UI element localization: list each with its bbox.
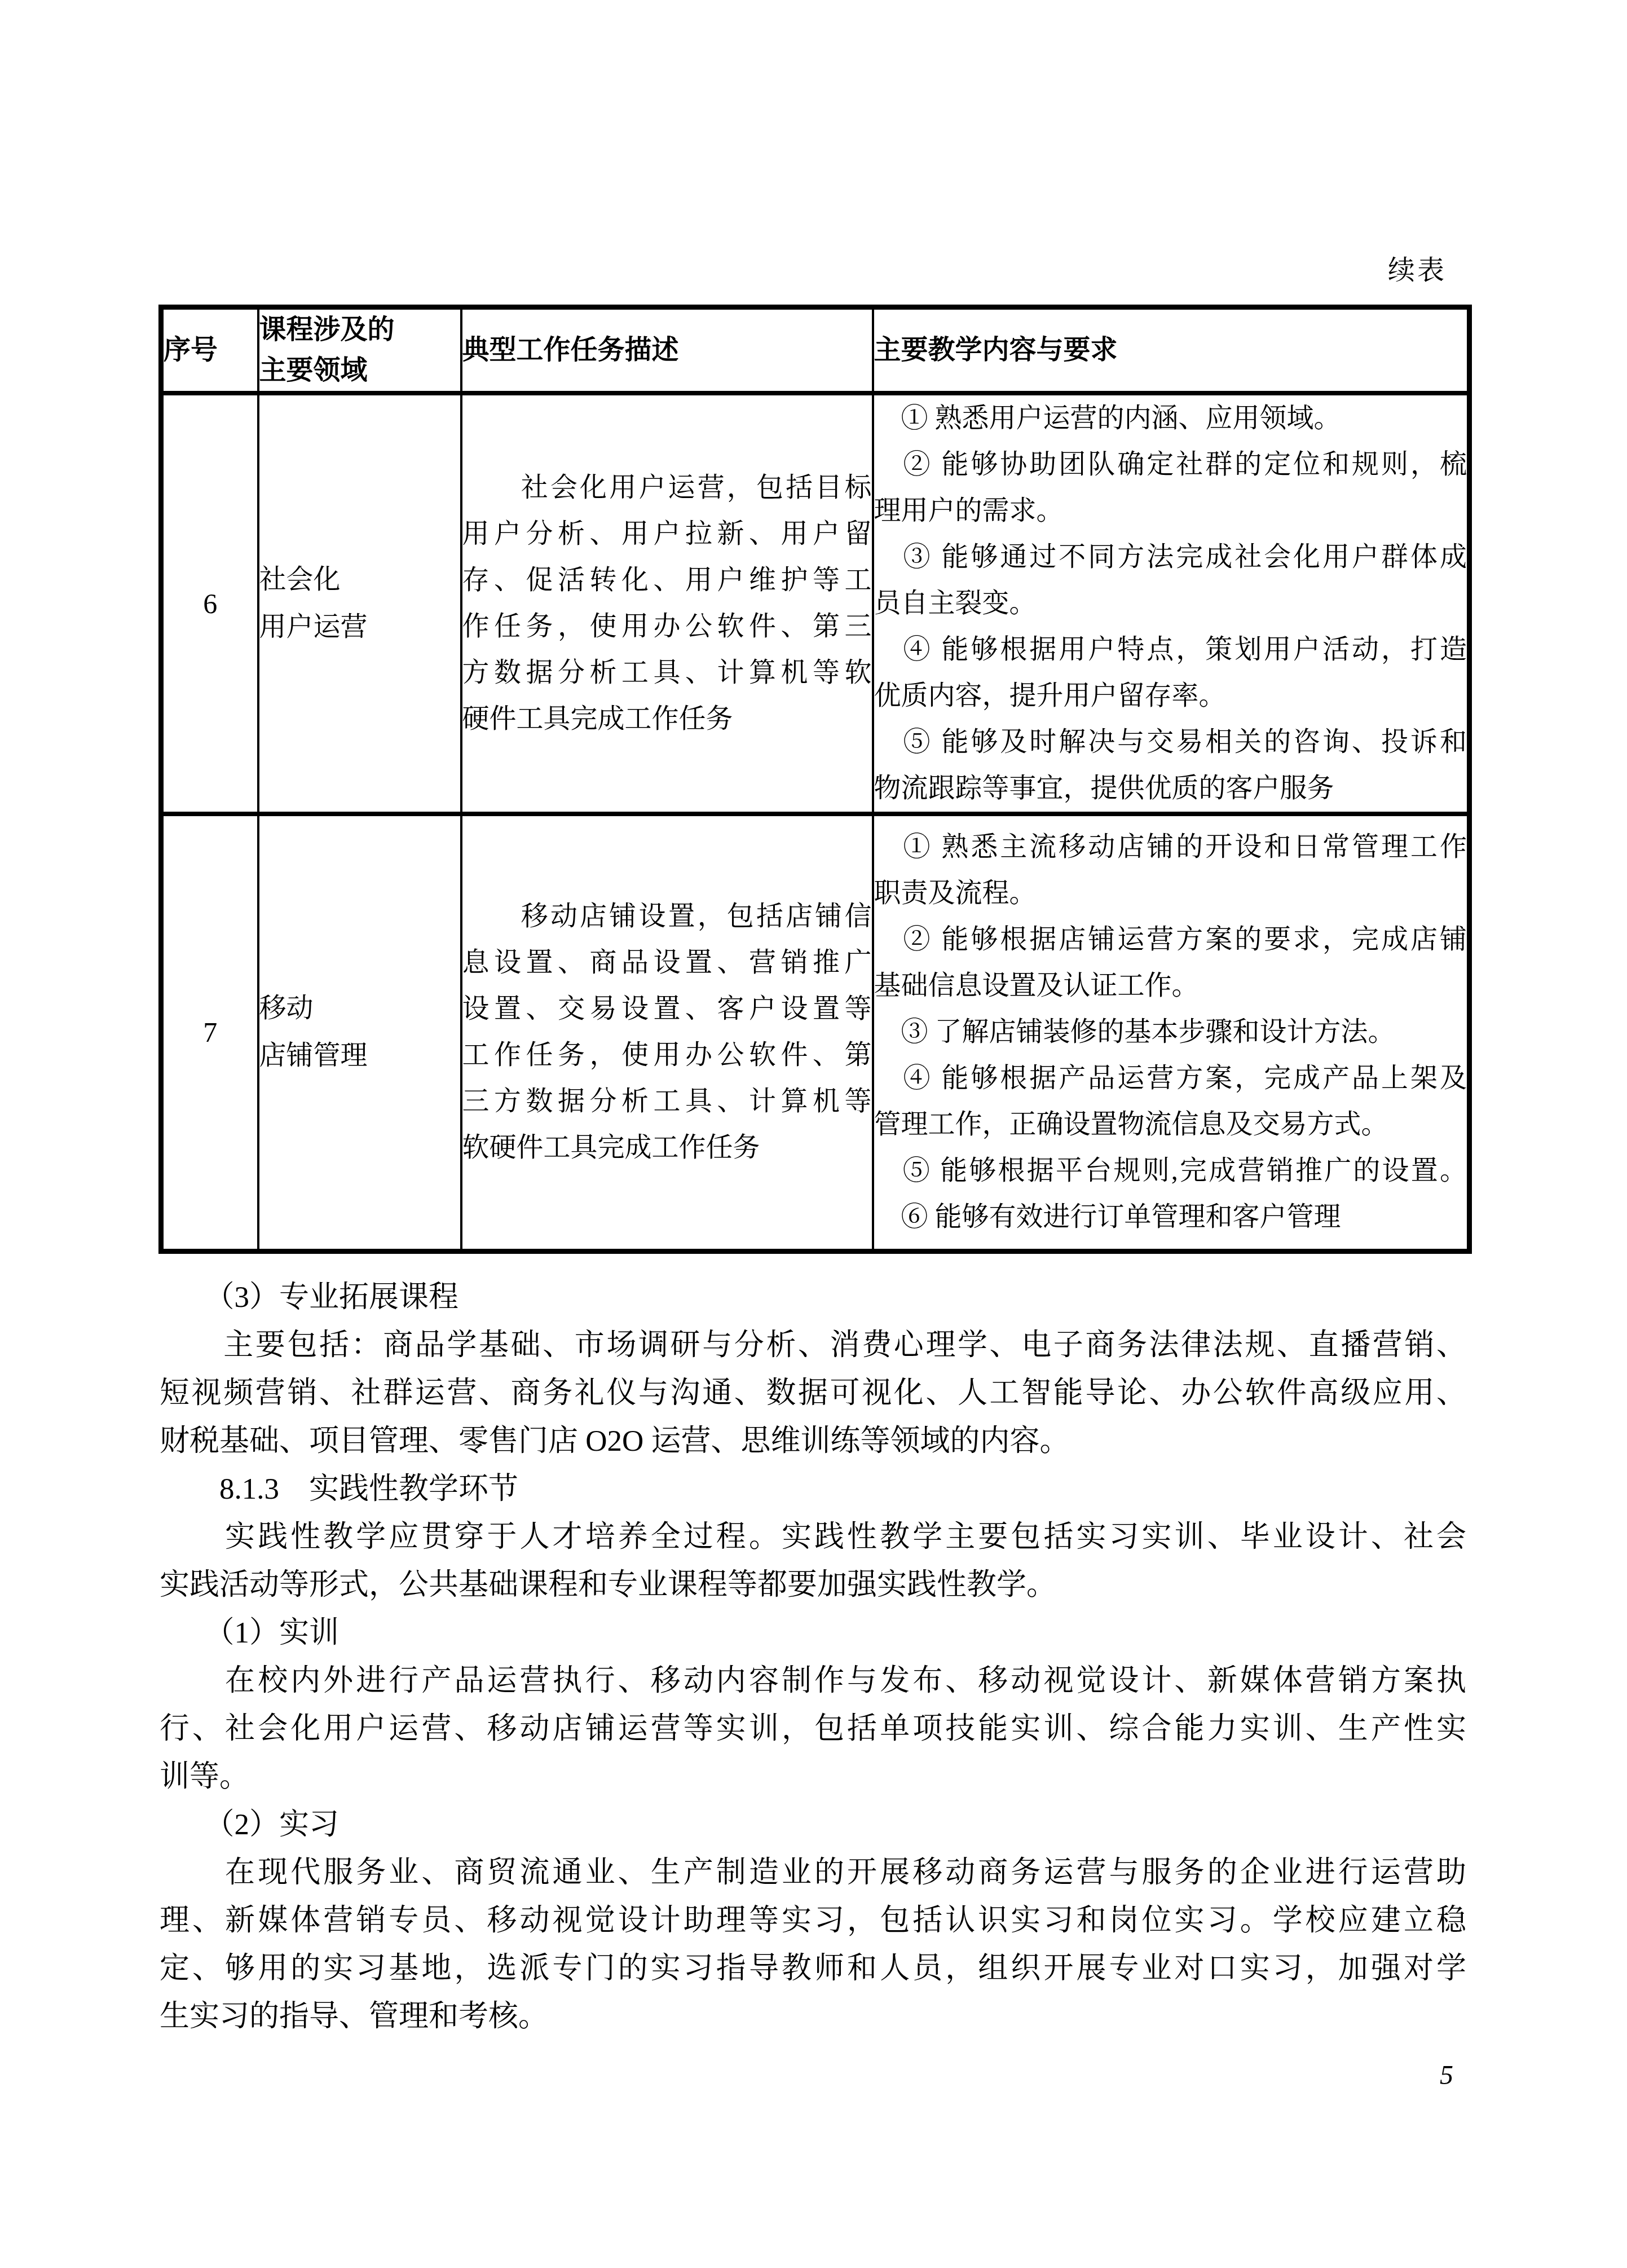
text-line: 作任务，使用办公软件、第三 [462, 604, 872, 650]
text-line: ① 熟悉主流移动店铺的开设和日常管理工作 [874, 824, 1467, 870]
text-line: 用户运营 [259, 604, 460, 651]
text-line: 用户分析、用户拉新、用户留 [462, 511, 872, 557]
text-line: ⑤ 能够及时解决与交易相关的咨询、投诉和 [874, 719, 1467, 765]
cell-task-description: 社会化用户运营，包括目标用户分析、用户拉新、用户留存、促活转化、用户维护等工作任… [461, 393, 873, 814]
header-cell-task: 典型工作任务描述 [461, 307, 873, 394]
text-line: 软硬件工具完成工作任务 [462, 1125, 872, 1171]
course-table: 序号 课程涉及的主要领域 典型工作任务描述 主要教学内容与要求 6 社会化用户运… [158, 305, 1472, 1254]
table-row-7: 7 移动店铺管理 移动店铺设置，包括店铺信息设置、商品设置、营销推广设置、交易设… [161, 814, 1470, 1251]
document-page: 续表 序号 课程涉及的主要领域 典型工作任务描述 主要教学内容与要求 6 社会化… [0, 0, 1627, 2268]
text-line: 序号 [164, 330, 257, 371]
text-line: ③ 能够通过不同方法完成社会化用户群体成 [874, 534, 1467, 580]
text-line: 实践性教学应贯穿于人才培养全过程。实践性教学主要包括实习实训、毕业设计、社会 [160, 1513, 1466, 1561]
text-line: 员自主裂变。 [874, 580, 1467, 627]
text-line: 财税基础、项目管理、零售门店 O2O 运营、思维训练等领域的内容。 [160, 1417, 1466, 1465]
text-line: （1）实训 [160, 1609, 1466, 1657]
text-line: 三方数据分析工具、计算机等 [462, 1078, 872, 1125]
text-line: 典型工作任务描述 [462, 330, 872, 371]
text-line: 生实习的指导、管理和考核。 [160, 1993, 1466, 2041]
text-line: 主要包括：商品学基础、市场调研与分析、消费心理学、电子商务法律法规、直播营销、 [160, 1322, 1466, 1369]
text-line: 移动店铺设置，包括店铺信 [462, 893, 872, 940]
cell-serial-number: 6 [161, 393, 258, 814]
text-line: ② 能够协助团队确定社群的定位和规则，梳 [874, 442, 1467, 488]
text-line: 职责及流程。 [874, 870, 1467, 917]
table-header-row: 序号 课程涉及的主要领域 典型工作任务描述 主要教学内容与要求 [161, 307, 1470, 394]
text-line: 主要教学内容与要求 [874, 330, 1467, 371]
text-line: 店铺管理 [259, 1032, 460, 1080]
page-number: 5 [1440, 2060, 1453, 2091]
text-line: 息设置、商品设置、营销推广 [462, 940, 872, 986]
text-line: ⑤ 能够根据平台规则,完成营销推广的设置。 [874, 1148, 1467, 1194]
text-line: ⑥ 能够有效进行订单管理和客户管理 [874, 1194, 1467, 1240]
cell-teaching-content: ① 熟悉用户运营的内涵、应用领域。 ② 能够协助团队确定社群的定位和规则，梳理用… [873, 393, 1470, 814]
text-line: 理、新媒体营销专员、移动视觉设计助理等实习，包括认识实习和岗位实习。学校应建立稳 [160, 1897, 1466, 1945]
text-line: 移动 [259, 985, 460, 1032]
text-line: 短视频营销、社群运营、商务礼仪与沟通、数据可视化、人工智能导论、办公软件高级应用… [160, 1369, 1466, 1417]
text-line: 管理工作，正确设置物流信息及交易方式。 [874, 1102, 1467, 1148]
text-line: ④ 能够根据产品运营方案，完成产品上架及 [874, 1055, 1467, 1102]
text-line: 物流跟踪等事宜，提供优质的客户服务 [874, 765, 1467, 812]
text-line: ① 熟悉用户运营的内涵、应用领域。 [874, 395, 1467, 442]
text-line: 课程涉及的 [259, 310, 460, 350]
cell-task-description: 移动店铺设置，包括店铺信息设置、商品设置、营销推广设置、交易设置、客户设置等工作… [461, 814, 873, 1251]
text-line: 设置、交易设置、客户设置等 [462, 986, 872, 1032]
body-text-block: （3）专业拓展课程 主要包括：商品学基础、市场调研与分析、消费心理学、电子商务法… [160, 1274, 1466, 2041]
text-line: 训等。 [160, 1753, 1466, 1801]
text-line: 在现代服务业、商贸流通业、生产制造业的开展移动商务运营与服务的企业进行运营助 [160, 1849, 1466, 1897]
text-line: 主要领域 [259, 350, 460, 391]
text-line: 硬件工具完成工作任务 [462, 696, 872, 742]
text-line: 实践活动等形式，公共基础课程和专业课程等都要加强实践性教学。 [160, 1561, 1466, 1609]
continued-table-label: 续表 [1388, 255, 1447, 287]
text-line: 在校内外进行产品运营执行、移动内容制作与发布、移动视觉设计、新媒体营销方案执 [160, 1657, 1466, 1705]
text-line: 8.1.3 实践性教学环节 [160, 1465, 1466, 1513]
table-row-6: 6 社会化用户运营 社会化用户运营，包括目标用户分析、用户拉新、用户留存、促活转… [161, 393, 1470, 814]
text-line: 方数据分析工具、计算机等软 [462, 650, 872, 696]
text-line: ④ 能够根据用户特点，策划用户活动，打造 [874, 627, 1467, 673]
text-line: 定、够用的实习基地，选派专门的实习指导教师和人员，组织开展专业对口实习，加强对学 [160, 1945, 1466, 1993]
cell-serial-number: 7 [161, 814, 258, 1251]
text-line: （3）专业拓展课程 [160, 1274, 1466, 1322]
text-line: 社会化 [259, 556, 460, 604]
text-line: 基础信息设置及认证工作。 [874, 963, 1467, 1009]
cell-course-area: 移动店铺管理 [258, 814, 461, 1251]
header-cell-area: 课程涉及的主要领域 [258, 307, 461, 394]
text-line: 社会化用户运营，包括目标 [462, 465, 872, 511]
text-line: ② 能够根据店铺运营方案的要求，完成店铺 [874, 917, 1467, 963]
text-line: 优质内容，提升用户留存率。 [874, 673, 1467, 719]
text-line: 行、社会化用户运营、移动店铺运营等实训，包括单项技能实训、综合能力实训、生产性实 [160, 1705, 1466, 1753]
cell-teaching-content: ① 熟悉主流移动店铺的开设和日常管理工作职责及流程。 ② 能够根据店铺运营方案的… [873, 814, 1470, 1251]
cell-course-area: 社会化用户运营 [258, 393, 461, 814]
header-cell-content: 主要教学内容与要求 [873, 307, 1470, 394]
text-line: 存、促活转化、用户维护等工 [462, 557, 872, 604]
header-cell-serial: 序号 [161, 307, 258, 394]
text-line: （2）实习 [160, 1801, 1466, 1849]
text-line: 理用户的需求。 [874, 488, 1467, 534]
text-line: ③ 了解店铺装修的基本步骤和设计方法。 [874, 1009, 1467, 1055]
text-line: 工作任务，使用办公软件、第 [462, 1032, 872, 1078]
